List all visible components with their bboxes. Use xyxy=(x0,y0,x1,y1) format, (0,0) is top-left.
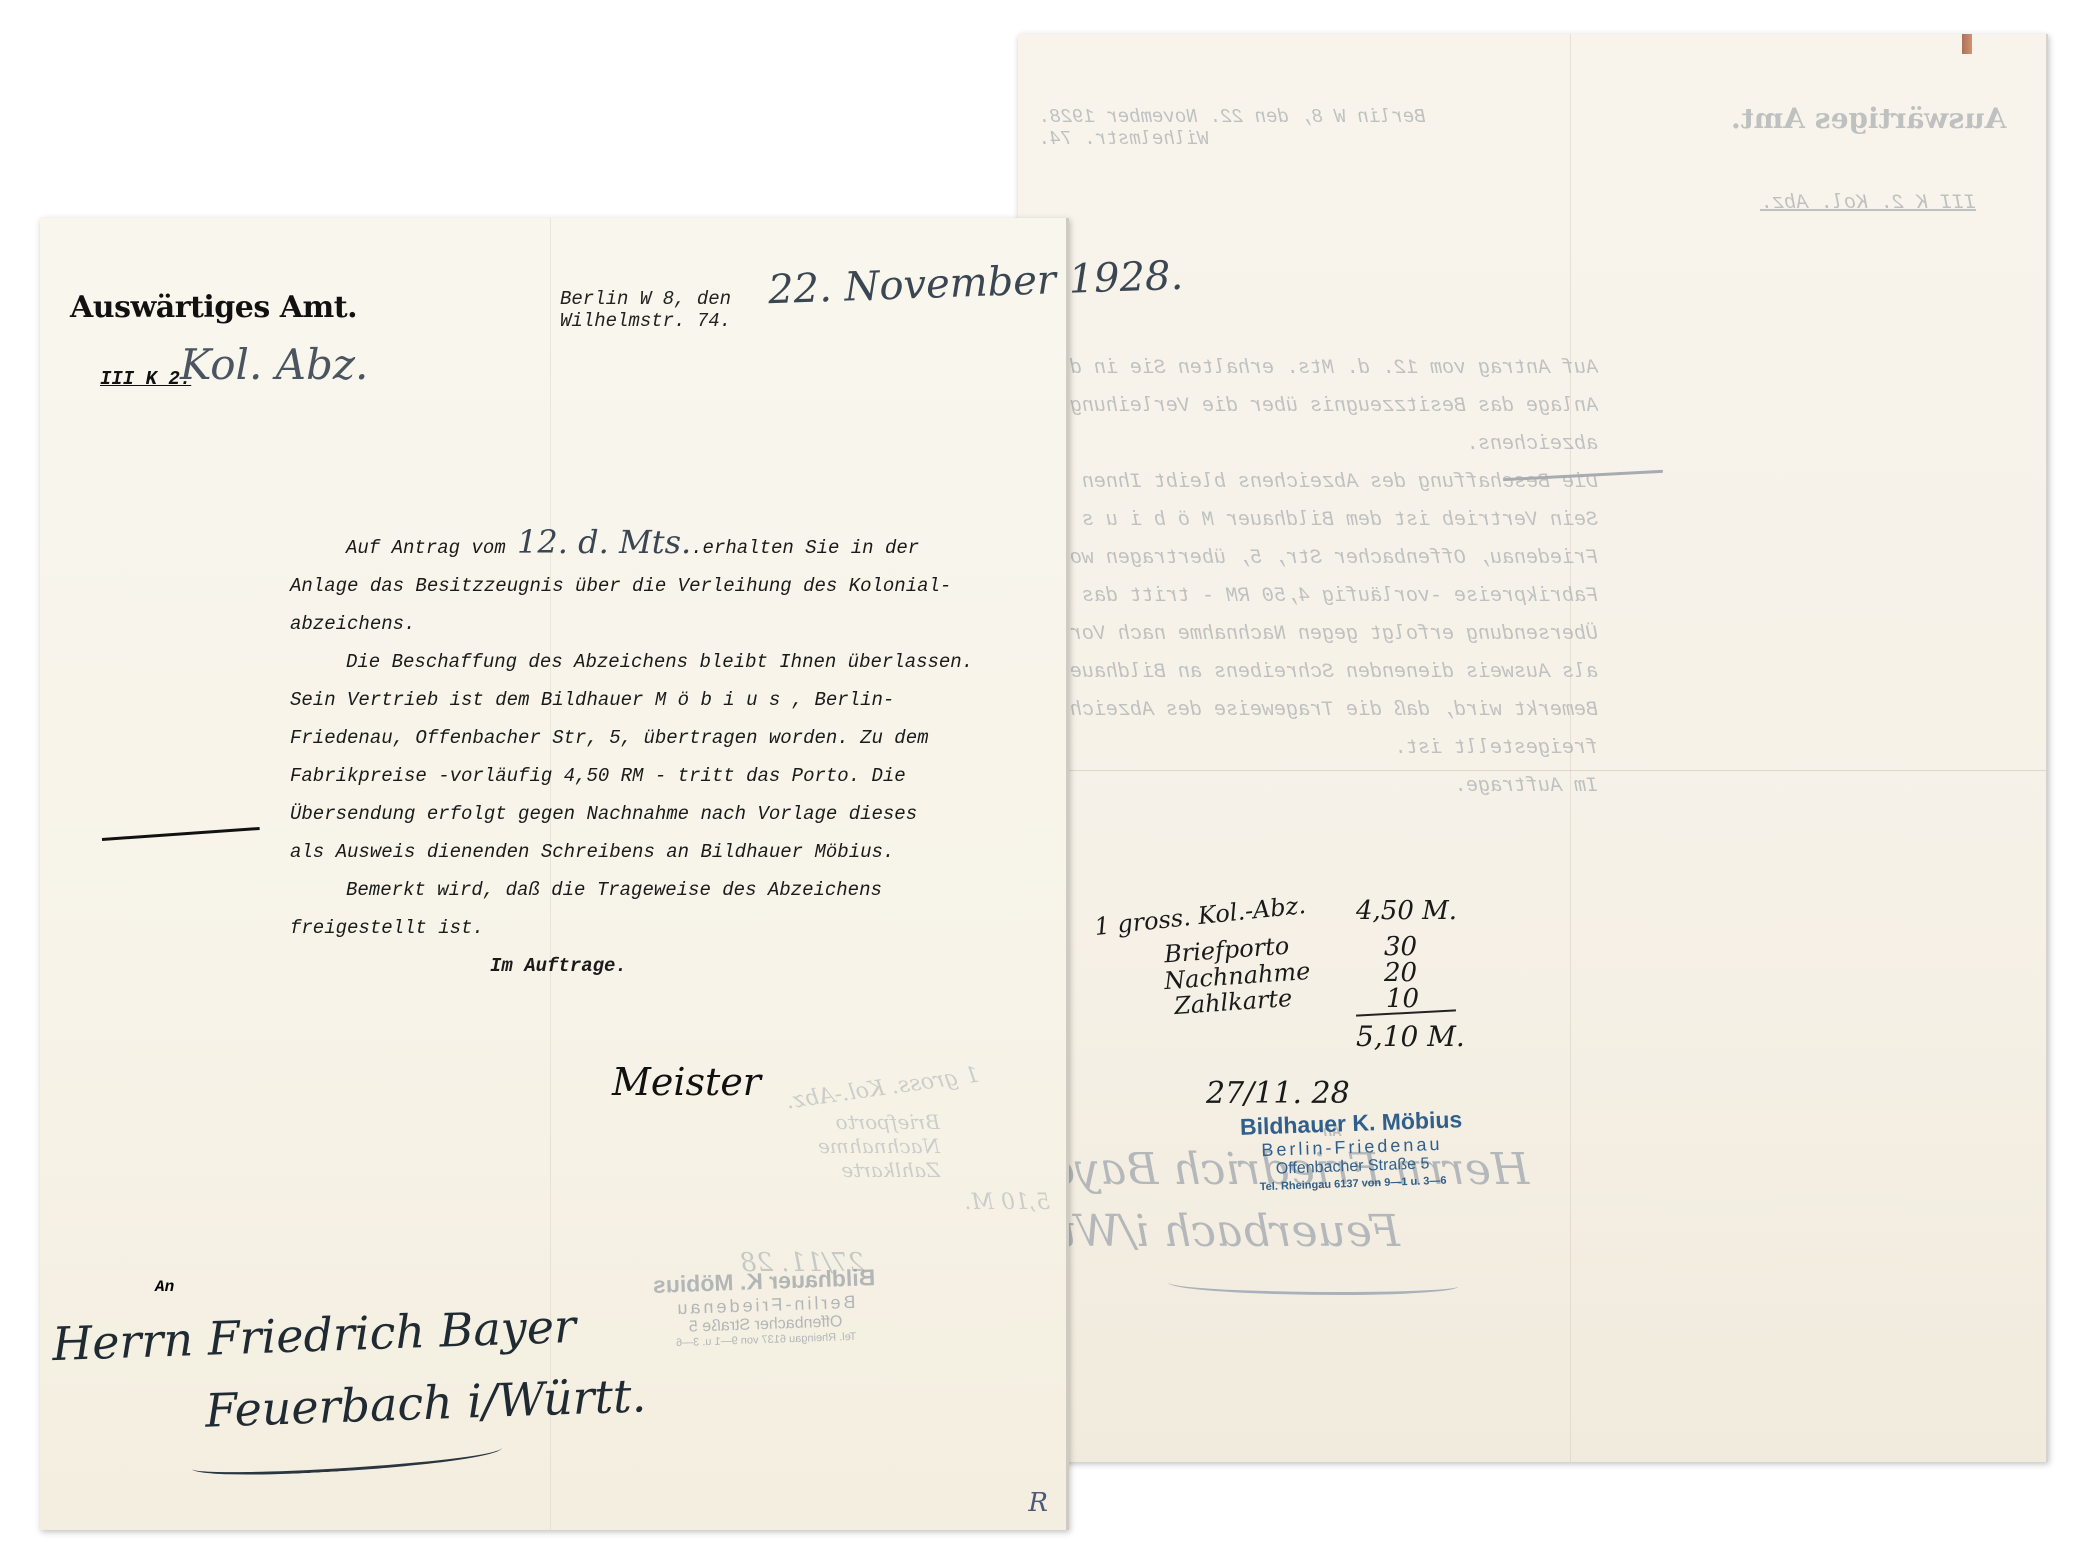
underline-flourish xyxy=(192,1438,503,1479)
recipient-label: An xyxy=(155,1278,174,1296)
received-date-note: 27/11. 28 xyxy=(1206,1076,1350,1111)
postage-calculation: 1 gross. Kol.-Abz. 4,50 M. Briefporto 30… xyxy=(1094,902,1514,1062)
signature: Meister xyxy=(612,1060,761,1104)
body-line: als Ausweis dienenden Schreibens an Bild… xyxy=(290,833,1070,871)
body-line: Sein Vertrieb ist dem Bildhauer M ö b i … xyxy=(290,681,1070,719)
letterhead: Auswärtiges Amt. xyxy=(70,290,357,325)
reference-number: III K 2. xyxy=(100,368,191,390)
ghost-calc-label: Zahlkarte xyxy=(841,1158,940,1182)
ghost-line: abzeichens. xyxy=(1018,426,1598,464)
rust-stain xyxy=(1962,34,1972,54)
ghost-calc-total: 5,10 M. xyxy=(965,1190,1051,1215)
body-line: abzeichens. xyxy=(290,605,1070,643)
calc-item-amount: 4,50 M. xyxy=(1356,896,1457,926)
ghost-calc-label: Nachnahme xyxy=(818,1134,940,1158)
body-line: Fabrikpreise -vorläufig 4,50 RM - tritt … xyxy=(290,757,1070,795)
ghost-flourish xyxy=(1168,1274,1458,1295)
ghost-line: Die Beschaffung des Abzeichens bleibt Ih… xyxy=(1018,464,1598,502)
body-line: Friedenau, Offenbacher Str, 5, übertrage… xyxy=(290,719,1070,757)
ghost-line: als Ausweis dienenden Schreibens an Bild… xyxy=(1018,654,1598,692)
front-page: Auswärtiges Amt. Berlin W 8, den Wilhelm… xyxy=(40,218,1069,1530)
body-line: Bemerkt wird, daß die Trageweise des Abz… xyxy=(290,871,1070,909)
ghost-calculation: 1 gross. Kol.-Abz. Briefporto Nachnahme … xyxy=(740,1076,1060,1256)
ghost-line: Friedenau, Offenbacher Str, 5, übertrage… xyxy=(1018,540,1598,578)
letter-body: Auf Antrag vom 12. d. Mts..erhalten Sie … xyxy=(290,523,1070,985)
body-line: Übersendung erfolgt gegen Nachnahme nach… xyxy=(290,795,1070,833)
ghost-place-line2: Wilhelmstr. 74. xyxy=(1038,128,1438,150)
recipient-name: Herrn Friedrich Bayer xyxy=(51,1299,577,1371)
ghost-place: Berlin W 8, den 22. November 1928. Wilhe… xyxy=(1038,106,1438,150)
body-line: Anlage das Besitzzeugnis über die Verlei… xyxy=(290,567,1070,605)
ghost-calc-label: Briefporto xyxy=(836,1110,940,1134)
body-line: freigestellt ist. xyxy=(290,909,1070,947)
ghost-place-line1: Berlin W 8, den 22. November 1928. xyxy=(1038,106,1438,128)
ghost-line: freigestellt ist. xyxy=(1018,730,1598,768)
ghost-line: Im Auftrage. xyxy=(1018,768,1598,806)
body-line: Die Beschaffung des Abzeichens bleibt Ih… xyxy=(290,643,1070,681)
corner-mark: R xyxy=(1028,1488,1048,1518)
calc-item-amount: 10 xyxy=(1386,984,1419,1014)
handwritten-date-inline: 12. d. Mts. xyxy=(517,523,691,561)
ghost-line: Bemerkt wird, daß die Trageweise des Abz… xyxy=(1018,692,1598,730)
margin-dash xyxy=(102,827,260,841)
ghost-line: Auf Antrag vom 12. d. Mts. erhalten Sie … xyxy=(1018,350,1598,388)
calc-total: 5,10 M. xyxy=(1356,1020,1465,1053)
body-text: .erhalten Sie in der xyxy=(691,537,919,559)
ghost-line: Anlage das Besitzzeugnis über die Verlei… xyxy=(1018,388,1598,426)
ghost-line: Übersendung erfolgt gegen Nachnahme nach… xyxy=(1018,616,1598,654)
place-line-1: Berlin W 8, den xyxy=(560,288,731,310)
back-page: Auswärtiges Amt. Berlin W 8, den 22. Nov… xyxy=(1018,34,2048,1462)
place-block: Berlin W 8, den Wilhelmstr. 74. xyxy=(560,288,731,332)
reference-handwritten: Kol. Abz. xyxy=(180,340,368,389)
body-text: Auf Antrag vom xyxy=(346,537,506,559)
ghost-body: Auf Antrag vom 12. d. Mts. erhalten Sie … xyxy=(1018,350,1598,806)
closing: Im Auftrage. xyxy=(290,947,1070,985)
place-line-2: Wilhelmstr. 74. xyxy=(560,310,731,332)
ghost-calc-label: 1 gross. Kol.-Abz. xyxy=(785,1063,981,1115)
ghost-line: Sein Vertrieb ist dem Bildhauer M ö b i … xyxy=(1018,502,1598,540)
body-line: Auf Antrag vom 12. d. Mts..erhalten Sie … xyxy=(290,523,1070,567)
sculptor-stamp: Bildhauer K. Möbius Berlin-Friedenau Off… xyxy=(1221,1105,1484,1194)
ghost-line: Fabrikpreise -vorläufig 4,50 RM - tritt … xyxy=(1018,578,1598,616)
recipient-place: Feuerbach i/Württ. xyxy=(204,1368,647,1437)
ghost-letterhead: Auswärtiges Amt. xyxy=(1731,102,2006,135)
ghost-stamp: Bildhauer K. Möbius Berlin-Friedenau Off… xyxy=(639,1264,892,1351)
ghost-reference: III K 2. Kol. Abz. xyxy=(1760,192,1976,215)
